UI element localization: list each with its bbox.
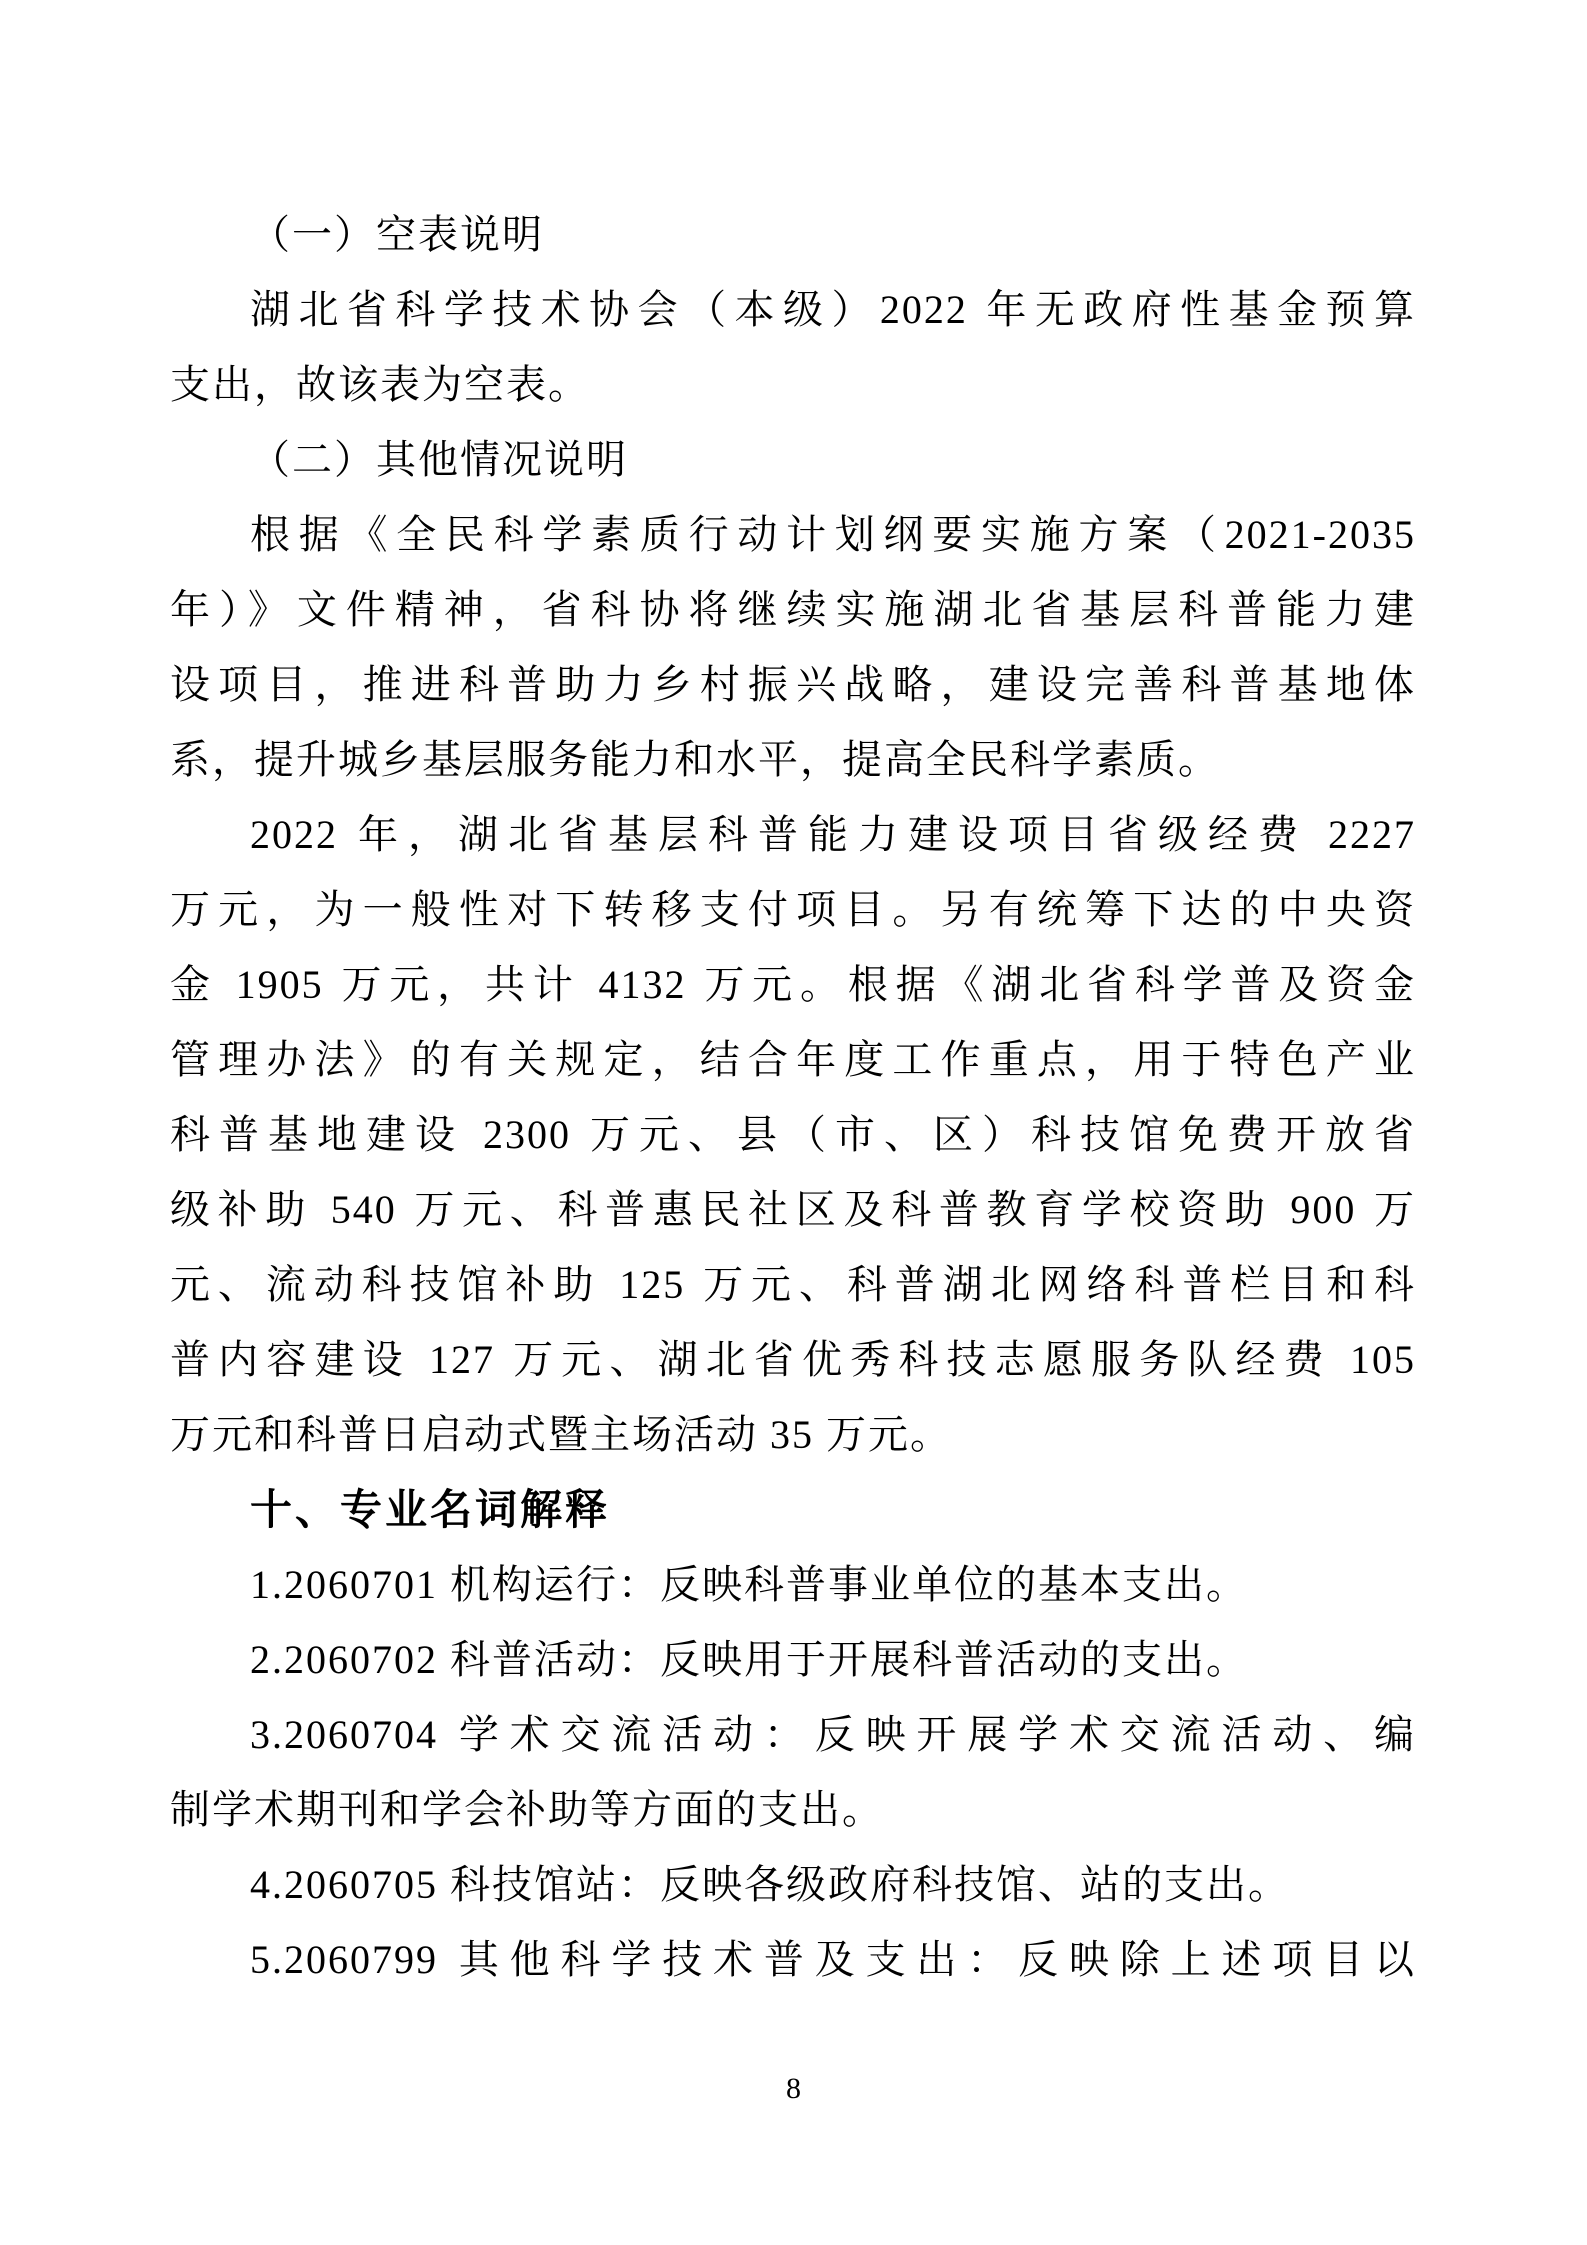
paragraph-line: 金 1905 万元，共计 4132 万元。根据《湖北省科学普及资金 <box>170 947 1416 1022</box>
paragraph-line: 2022 年，湖北省基层科普能力建设项目省级经费 2227 <box>170 797 1416 872</box>
term-definition-line: 1.2060701 机构运行：反映科普事业单位的基本支出。 <box>170 1547 1416 1622</box>
paragraph-line: 系，提升城乡基层服务能力和水平，提高全民科学素质。 <box>170 722 1416 797</box>
paragraph-line: 万元，为一般性对下转移支付项目。另有统筹下达的中央资 <box>170 872 1416 947</box>
term-definition-line: 3.2060704 学术交流活动：反映开展学术交流活动、编 <box>170 1697 1416 1772</box>
document-page: （一）空表说明 湖北省科学技术协会（本级）2022 年无政府性基金预算 支出，故… <box>0 0 1587 2245</box>
term-definition-line: 4.2060705 科技馆站：反映各级政府科技馆、站的支出。 <box>170 1847 1416 1922</box>
subsection-heading-empty-table: （一）空表说明 <box>170 197 1416 272</box>
term-definition-line: 2.2060702 科普活动：反映用于开展科普活动的支出。 <box>170 1622 1416 1697</box>
paragraph-line: 设项目，推进科普助力乡村振兴战略，建设完善科普基地体 <box>170 647 1416 722</box>
subsection-heading-other-notes: （二）其他情况说明 <box>170 422 1416 497</box>
paragraph-line: 根据《全民科学素质行动计划纲要实施方案（2021-2035 <box>170 497 1416 572</box>
paragraph-line: 管理办法》的有关规定，结合年度工作重点，用于特色产业 <box>170 1022 1416 1097</box>
term-definition-line: 制学术期刊和学会补助等方面的支出。 <box>170 1772 1416 1847</box>
paragraph-line: 年）》文件精神，省科协将继续实施湖北省基层科普能力建 <box>170 572 1416 647</box>
paragraph-line: 万元和科普日启动式暨主场活动 35 万元。 <box>170 1397 1416 1472</box>
paragraph-line: 湖北省科学技术协会（本级）2022 年无政府性基金预算 <box>170 272 1416 347</box>
paragraph-line: 支出，故该表为空表。 <box>170 347 1416 422</box>
section-heading-terms: 十、专业名词解释 <box>170 1472 1416 1547</box>
paragraph-line: 元、流动科技馆补助 125 万元、科普湖北网络科普栏目和科 <box>170 1247 1416 1322</box>
term-definition-line: 5.2060799 其他科学技术普及支出：反映除上述项目以 <box>170 1922 1416 1997</box>
paragraph-line: 普内容建设 127 万元、湖北省优秀科技志愿服务队经费 105 <box>170 1322 1416 1397</box>
page-number: 8 <box>0 2072 1587 2106</box>
paragraph-line: 级补助 540 万元、科普惠民社区及科普教育学校资助 900 万 <box>170 1172 1416 1247</box>
document-body: （一）空表说明 湖北省科学技术协会（本级）2022 年无政府性基金预算 支出，故… <box>170 197 1416 1997</box>
paragraph-line: 科普基地建设 2300 万元、县（市、区）科技馆免费开放省 <box>170 1097 1416 1172</box>
